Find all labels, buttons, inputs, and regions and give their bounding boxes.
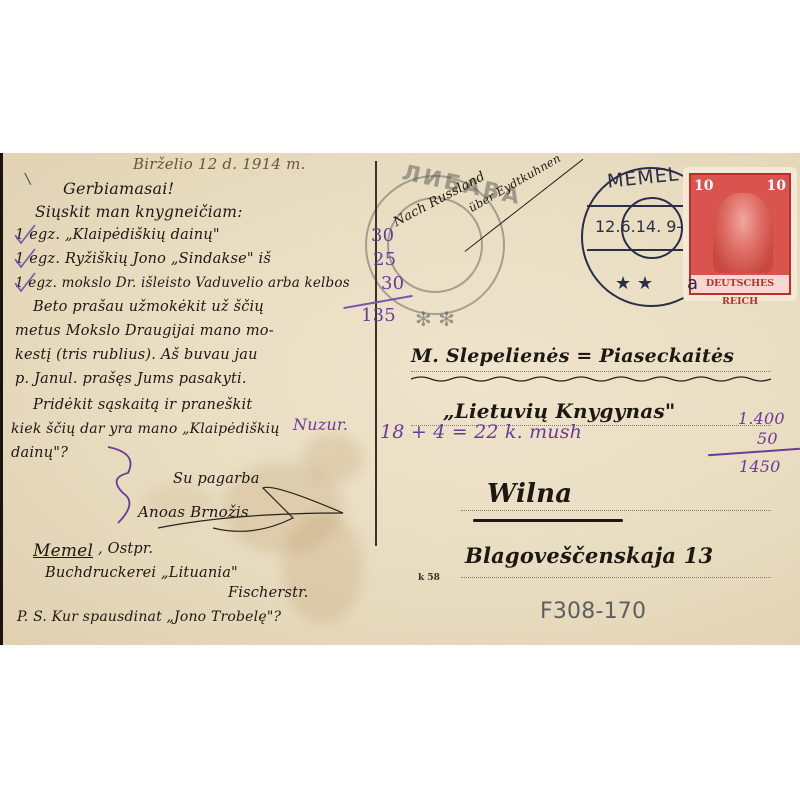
message-line: Pridėkit sąskaitą ir praneškit [33, 397, 252, 413]
message-date: Birželio 12 d. 1914 m. [133, 155, 306, 173]
signature-flourish [153, 483, 353, 543]
message-line: kestį (tris rublius). Aš buvau jau [15, 347, 258, 363]
message-line: dainų"? [11, 445, 68, 461]
sender-region: , Ostpr. [98, 541, 153, 557]
germania-figure-icon [713, 193, 773, 273]
message-line: Beto prašau užmokėkit už ščių [33, 299, 264, 315]
sender-city: Memel [33, 541, 93, 561]
recipient-street: Blagoveščenskaja 13 [465, 543, 713, 568]
message-line: 1 egz. mokslo Dr. išleisto Vaduvelio arb… [15, 275, 350, 291]
stamp-face: 10 10 DEUTSCHES REICH [689, 173, 791, 295]
card-code: k 58 [418, 573, 440, 583]
sender-company: Buchdruckerei „Lituania" [45, 565, 238, 581]
purple-total-line [708, 448, 800, 456]
postmark-stars: ★ ★ [615, 273, 653, 294]
archive-number: F308-170 [540, 599, 646, 624]
stamp-value-left: 10 [694, 178, 713, 194]
recipient-underline [411, 375, 771, 383]
purple-total: 1.400 [738, 409, 785, 428]
address-dotted-line [461, 510, 771, 511]
address-dotted-line [411, 371, 771, 372]
purple-scribble: Nuzur. [293, 415, 348, 434]
greeting: Gerbiamasai! [63, 179, 174, 198]
message-line: Siųskit man knygneičiam: [35, 203, 243, 221]
purple-checkmarks [11, 221, 41, 301]
purple-total: 1450 [739, 457, 781, 476]
city-underline [473, 519, 623, 522]
purple-sum: 18 + 4 = 22 k. mush [380, 421, 582, 443]
postmark-letter: a [687, 273, 698, 294]
postcard: ЛИБАВА ✻ ✻ Birželio 12 d. 1914 m. \ Gerb… [0, 153, 800, 645]
purple-number-total: 135 [361, 305, 396, 326]
recipient-city: Wilna [487, 479, 572, 509]
margin-mark: \ [22, 169, 34, 189]
stamp-value-right: 10 [767, 178, 786, 194]
message-line: p. Janul. prašęs Jums pasakyti. [15, 371, 247, 387]
purple-number: 25 [373, 249, 396, 270]
divider-line [375, 161, 377, 546]
recipient-shop: „Lietuvių Knygynas" [443, 399, 676, 423]
stain [303, 433, 363, 483]
postscript: P. S. Kur spausdinat „Jono Trobelę"? [17, 609, 281, 625]
purple-number: 30 [381, 273, 404, 294]
message-line: metus Mokslo Draugijai mano mo- [15, 323, 274, 339]
postage-stamp: 10 10 DEUTSCHES REICH [685, 169, 795, 299]
message-line: 1 egz. Ryžiškių Jono „Sindakse" iš [15, 251, 271, 267]
purple-brace [98, 443, 148, 533]
message-line: 1 egz. „Klaipėdiškių dainų" [15, 227, 220, 243]
message-line: kiek ščių dar yra mano „Klaipėdiškių [11, 421, 280, 437]
recipient-name: M. Slepelienės = Piaseckaitės [411, 345, 734, 367]
sender-street: Fischerstr. [228, 585, 309, 601]
purple-total: 50 [757, 429, 778, 448]
stamp-country: DEUTSCHES REICH [691, 275, 789, 293]
address-dotted-line [461, 577, 771, 578]
purple-number: 30 [371, 225, 394, 246]
censor-stamp-ornament: ✻ ✻ [415, 307, 455, 331]
